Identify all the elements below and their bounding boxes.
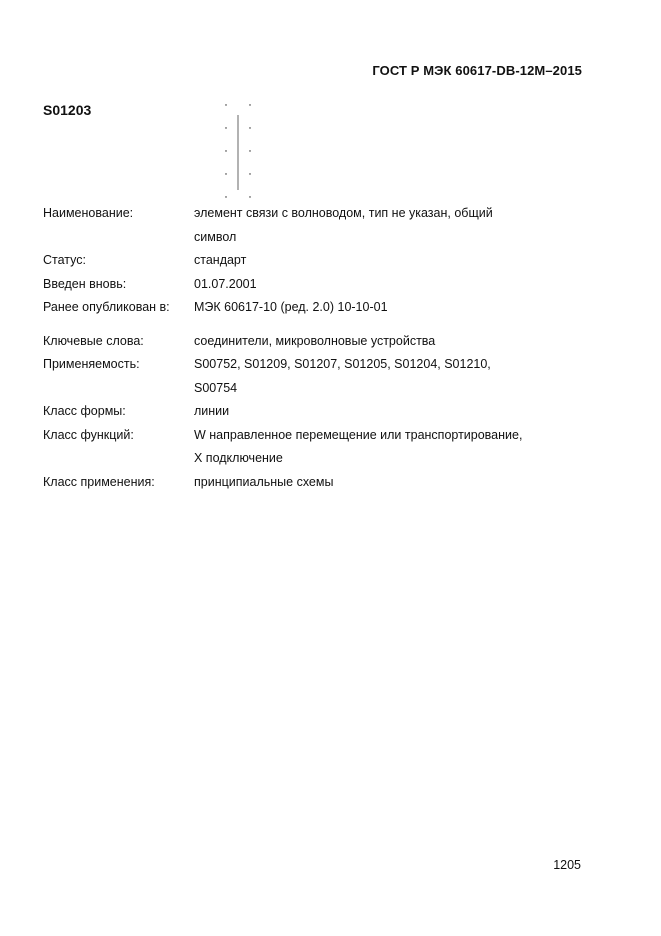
field-value: стандарт [194, 249, 583, 273]
spacer [43, 320, 583, 330]
page-number: 1205 [553, 858, 581, 872]
field-label: Класс применения: [43, 471, 194, 495]
field-keywords: Ключевые слова: соединители, микроволнов… [43, 330, 583, 354]
field-applicability: Применяемость: S00752, S01209, S01207, S… [43, 353, 583, 400]
field-label: Ранее опубликован в: [43, 296, 194, 320]
field-previously-published: Ранее опубликован в: МЭК 60617-10 (ред. … [43, 296, 583, 320]
field-introduced: Введен вновь: 01.07.2001 [43, 273, 583, 297]
field-label: Ключевые слова: [43, 330, 194, 354]
value-line: S00752, S01209, S01207, S01205, S01204, … [194, 353, 583, 377]
field-label: Статус: [43, 249, 194, 273]
symbol-id: S01203 [43, 102, 91, 118]
field-value: принципиальные схемы [194, 471, 583, 495]
field-status: Статус: стандарт [43, 249, 583, 273]
symbol-attributes: Наименование: элемент связи с волноводом… [43, 202, 583, 494]
field-label: Введен вновь: [43, 273, 194, 297]
value-line: символ [194, 226, 583, 250]
field-value: 01.07.2001 [194, 273, 583, 297]
field-name: Наименование: элемент связи с волноводом… [43, 202, 583, 249]
value-line: элемент связи с волноводом, тип не указа… [194, 202, 583, 226]
field-function-class: Класс функций: W направленное перемещени… [43, 424, 583, 471]
field-label: Класс формы: [43, 400, 194, 424]
field-label: Класс функций: [43, 424, 194, 471]
field-value: элемент связи с волноводом, тип не указа… [194, 202, 583, 249]
field-value: W направленное перемещение или транспорт… [194, 424, 583, 471]
value-line: W направленное перемещение или транспорт… [194, 424, 583, 448]
value-line: X подключение [194, 447, 583, 471]
field-value: соединители, микроволновые устройства [194, 330, 583, 354]
field-value: S00752, S01209, S01207, S01205, S01204, … [194, 353, 583, 400]
value-line: S00754 [194, 377, 583, 401]
field-label: Применяемость: [43, 353, 194, 400]
field-value: МЭК 60617-10 (ред. 2.0) 10-10-01 [194, 296, 583, 320]
field-shape-class: Класс формы: линии [43, 400, 583, 424]
field-application-class: Класс применения: принципиальные схемы [43, 471, 583, 495]
waveguide-coupling-symbol-icon [218, 100, 258, 200]
standard-code: ГОСТ Р МЭК 60617-DB-12M–2015 [372, 63, 582, 78]
field-value: линии [194, 400, 583, 424]
field-label: Наименование: [43, 202, 194, 249]
